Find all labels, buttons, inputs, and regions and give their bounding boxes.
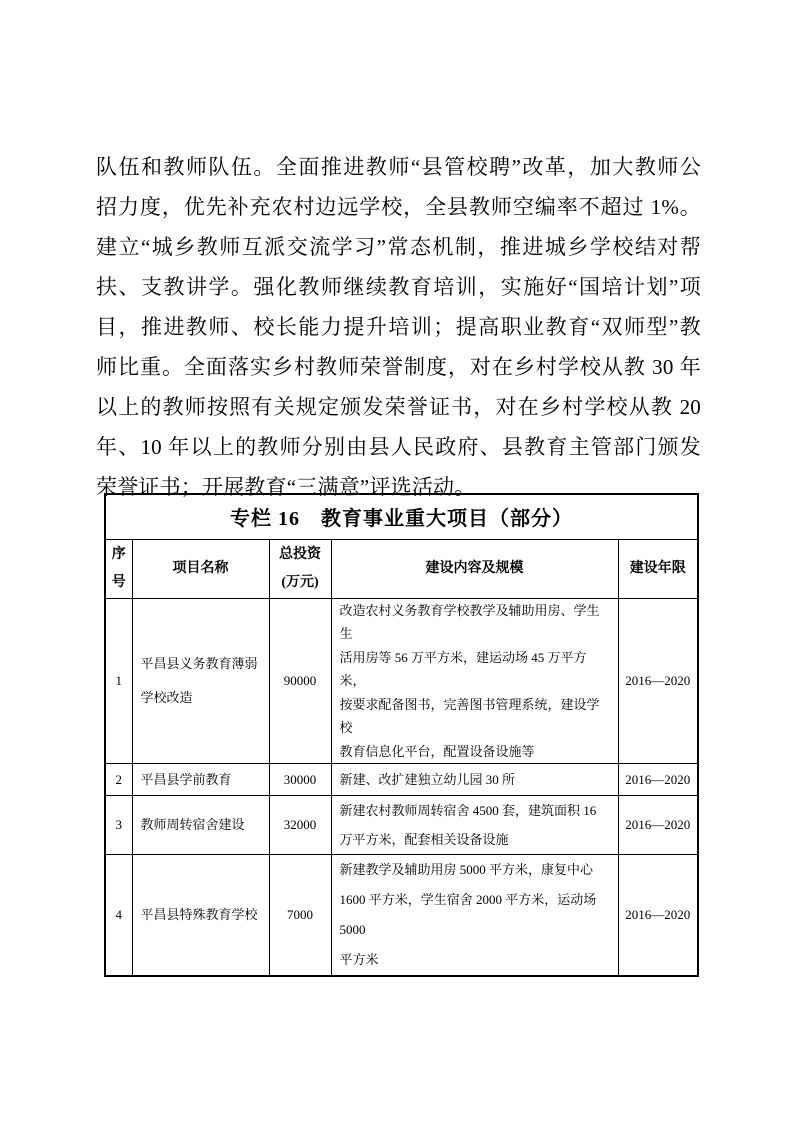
header-content-scale: 建设内容及规模 [331, 539, 618, 598]
paragraph-line: 师比重。全面落实乡村教师荣誉制度，对在乡村学校从教 30 年 [96, 347, 701, 387]
cell-no: 1 [105, 598, 132, 764]
table-header-row: 序 号 项目名称 总投资 (万元) 建设内容及规模 建设年限 [105, 539, 698, 598]
paragraph-line: 招力度，优先补充农村边远学校，全县教师空编率不超过 1%。 [96, 187, 701, 227]
document-page: 队伍和教师队伍。全面推进教师“县管校聘”改革，加大教师公 招力度，优先补充农村边… [0, 0, 793, 1122]
cell-no: 2 [105, 764, 132, 796]
cell-years: 2016—2020 [618, 598, 698, 764]
cell-content-scale: 新建农村教师周转宿舍 4500 套，建筑面积 16 万平方米，配套相关设备设施 [331, 796, 618, 855]
header-no: 序 号 [105, 539, 132, 598]
cell-years: 2016—2020 [618, 764, 698, 796]
body-paragraph: 队伍和教师队伍。全面推进教师“县管校聘”改革，加大教师公 招力度，优先补充农村边… [96, 147, 701, 507]
cell-investment: 32000 [269, 796, 331, 855]
table-title-row: 专栏 16 教育事业重大项目（部分） [105, 494, 698, 539]
cell-content-scale: 新建教学及辅助用房 5000 平方米，康复中心 1600 平方米，学生宿舍 20… [331, 855, 618, 977]
header-years: 建设年限 [618, 539, 698, 598]
cell-investment: 7000 [269, 855, 331, 977]
cell-project-name: 平昌县学前教育 [132, 764, 269, 796]
paragraph-line: 队伍和教师队伍。全面推进教师“县管校聘”改革，加大教师公 [96, 147, 701, 187]
table-row: 2 平昌县学前教育 30000 新建、改扩建独立幼儿园 30 所 2016—20… [105, 764, 698, 796]
cell-investment: 30000 [269, 764, 331, 796]
paragraph-line: 以上的教师按照有关规定颁发荣誉证书，对在乡村学校从教 20 [96, 387, 701, 427]
cell-no: 4 [105, 855, 132, 977]
cell-content-scale: 新建、改扩建独立幼儿园 30 所 [331, 764, 618, 796]
cell-project-name: 平昌县特殊教育学校 [132, 855, 269, 977]
cell-content-scale: 改造农村义务教育学校教学及辅助用房、学生生 活用房等 56 万平方米，建运动场 … [331, 598, 618, 764]
cell-project-name: 平昌县义务教育薄弱学校改造 [132, 598, 269, 764]
major-projects-table: 专栏 16 教育事业重大项目（部分） 序 号 项目名称 总投资 (万元) 建设内… [104, 493, 699, 977]
paragraph-line: 建立“城乡教师互派交流学习”常态机制，推进城乡学校结对帮 [96, 227, 701, 267]
cell-years: 2016—2020 [618, 855, 698, 977]
cell-investment: 90000 [269, 598, 331, 764]
paragraph-line: 目，推进教师、校长能力提升培训；提高职业教育“双师型”教 [96, 307, 701, 347]
table-row: 4 平昌县特殊教育学校 7000 新建教学及辅助用房 5000 平方米，康复中心… [105, 855, 698, 977]
table-row: 3 教师周转宿舍建设 32000 新建农村教师周转宿舍 4500 套，建筑面积 … [105, 796, 698, 855]
table-row: 1 平昌县义务教育薄弱学校改造 90000 改造农村义务教育学校教学及辅助用房、… [105, 598, 698, 764]
cell-project-name: 教师周转宿舍建设 [132, 796, 269, 855]
paragraph-line: 扶、支教讲学。强化教师继续教育培训，实施好“国培计划”项 [96, 267, 701, 307]
header-investment: 总投资 (万元) [269, 539, 331, 598]
header-project-name: 项目名称 [132, 539, 269, 598]
cell-years: 2016—2020 [618, 796, 698, 855]
cell-no: 3 [105, 796, 132, 855]
table-title: 专栏 16 教育事业重大项目（部分） [105, 494, 698, 539]
paragraph-line: 年、10 年以上的教师分别由县人民政府、县教育主管部门颁发 [96, 427, 701, 467]
